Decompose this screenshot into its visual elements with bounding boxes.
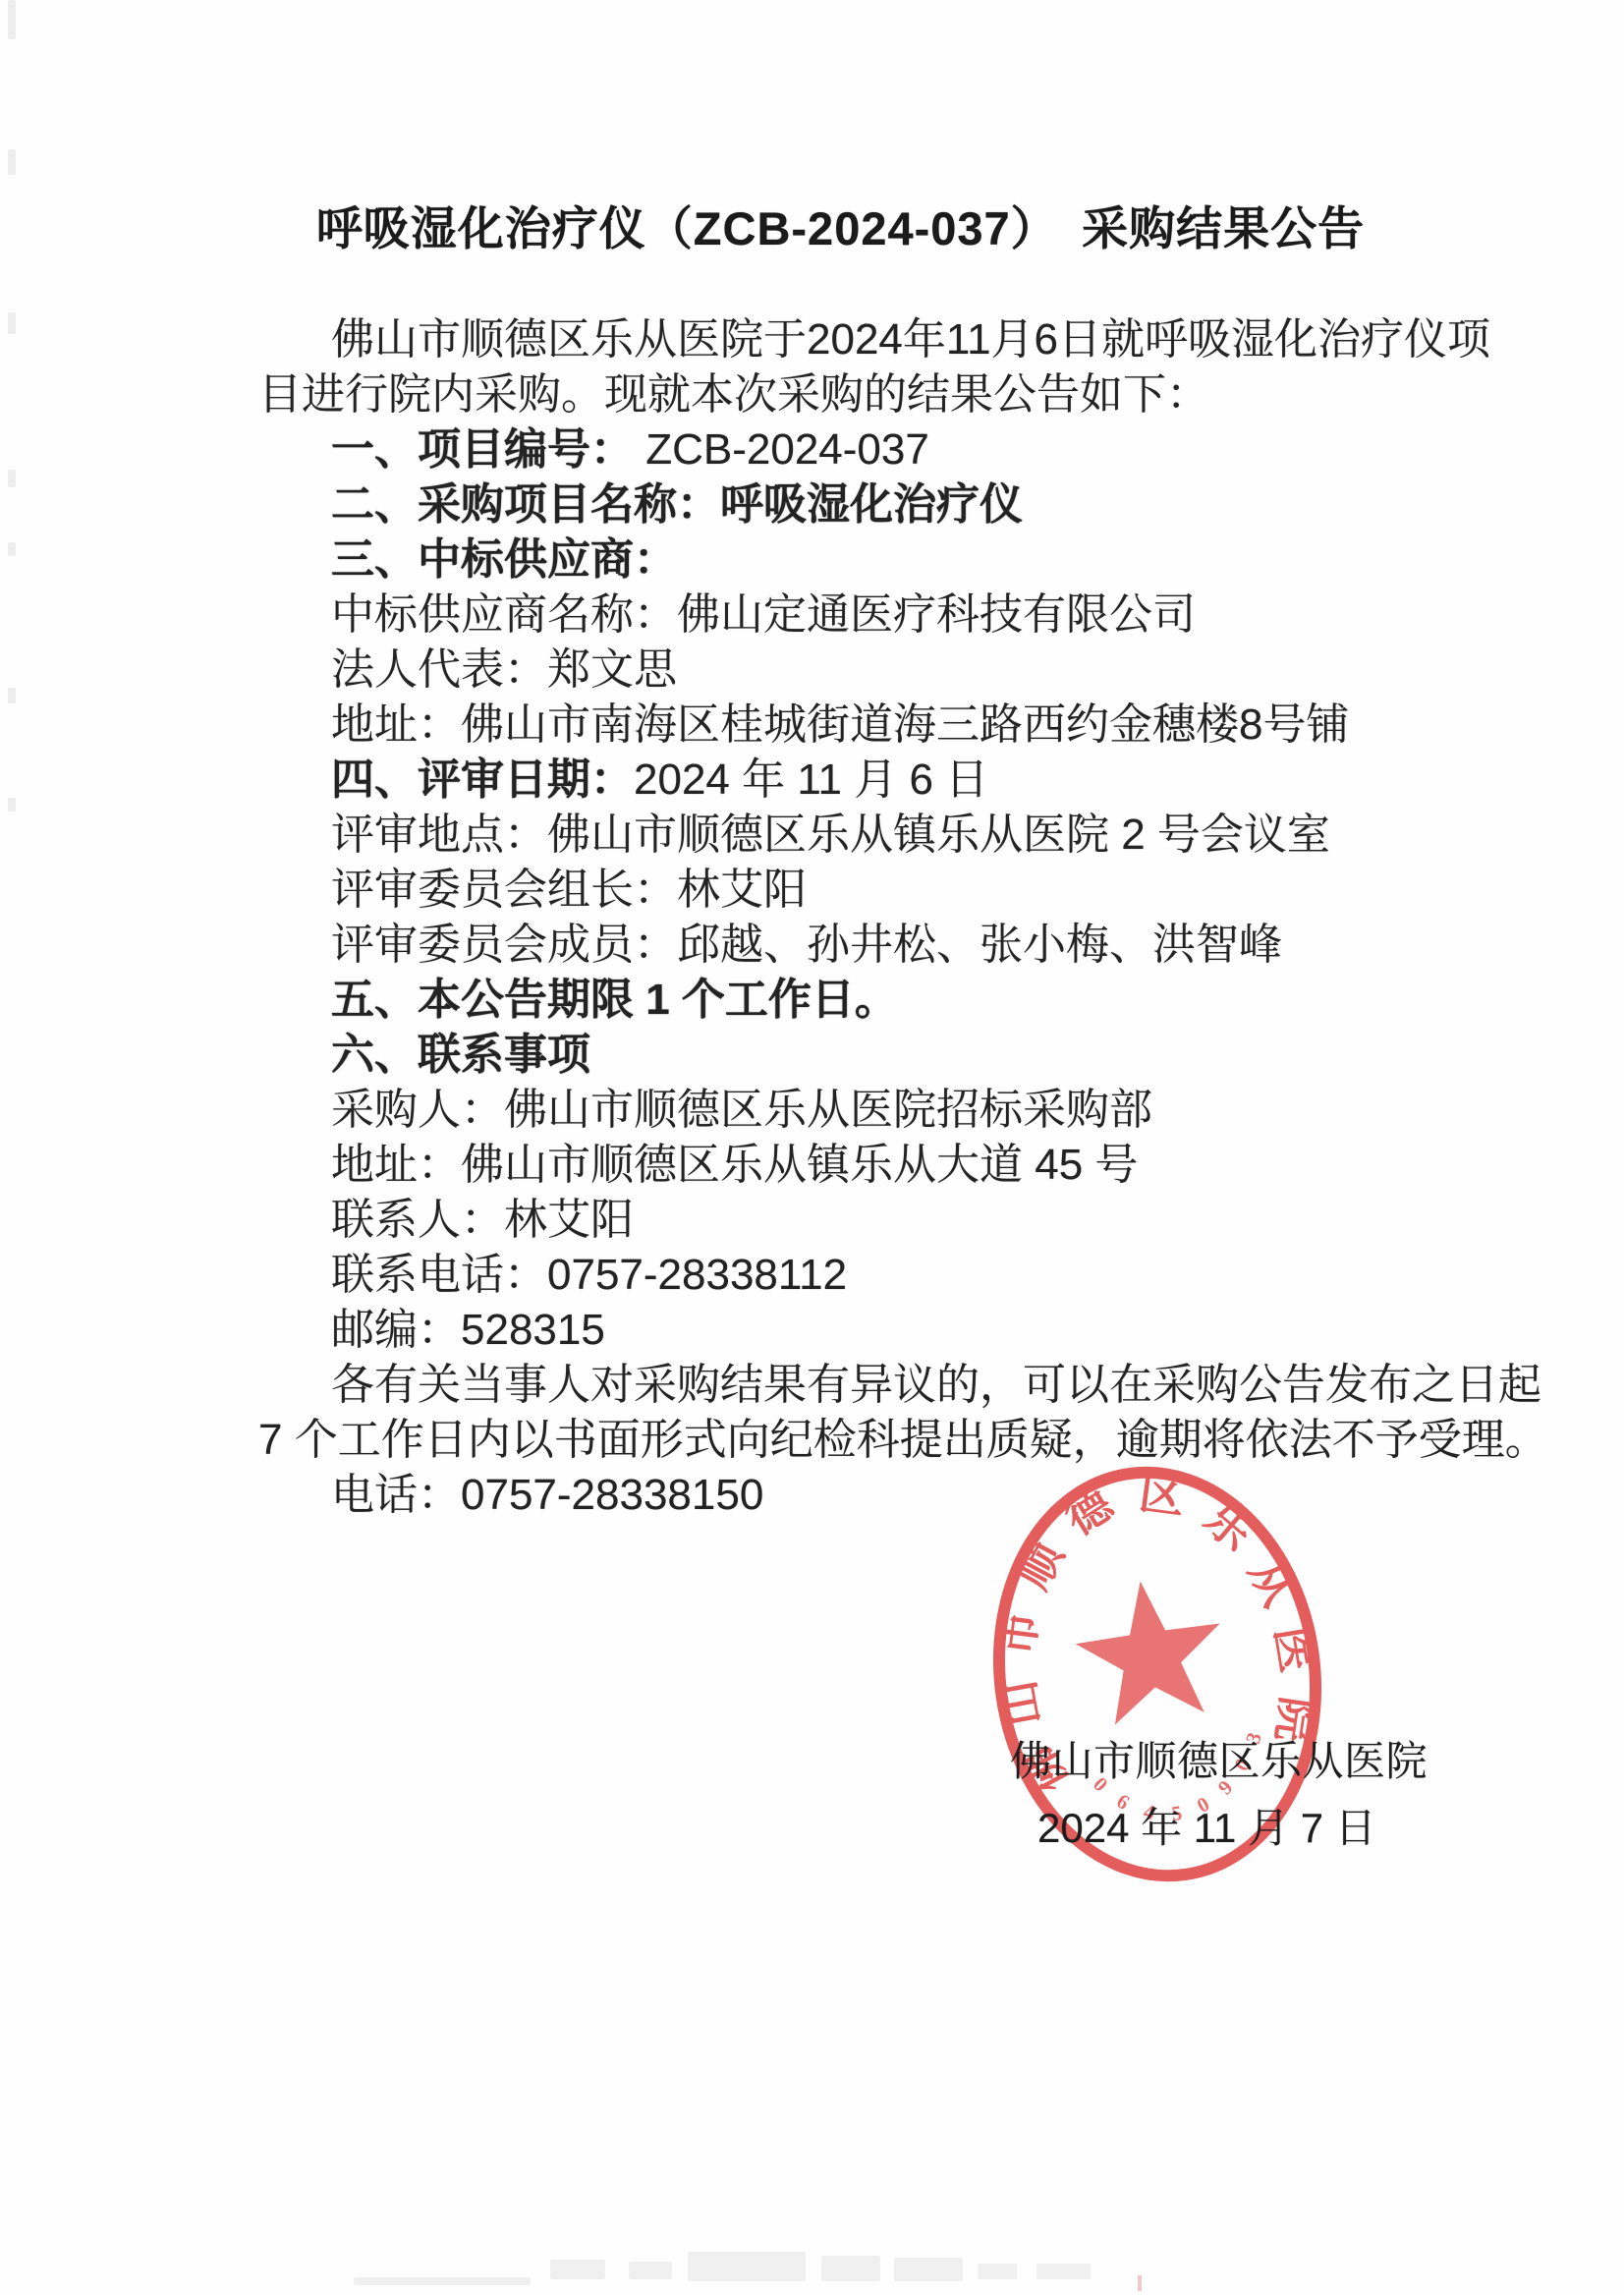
document-line: 评审委员会成员：邱越、孙井松、张小梅、洪智峰: [258, 918, 1428, 973]
scan-artifact-left-edge: [8, 470, 16, 487]
scan-artifact-left-edge: [8, 0, 16, 39]
line-segment: 评审地点：佛山市顺德区乐从镇乐从医院 2 号会议室: [331, 811, 1330, 859]
document-line: 五、本公告期限 1 个工作日。: [258, 973, 1428, 1028]
line-segment: 2024 年 11 月 6 日: [634, 756, 988, 804]
document-line: 法人代表：郑文思: [258, 643, 1428, 698]
stamp-star-icon: [1068, 1571, 1232, 1728]
line-segment-bold: 六、联系事项: [331, 1031, 590, 1079]
document-line: 各有关当事人对采购结果有异议的，可以在采购公告发布之日起: [258, 1358, 1428, 1413]
line-segment: 电话：0757-28338150: [331, 1471, 763, 1519]
document-body: 佛山市顺德区乐从医院于2024年11月6日就呼吸湿化治疗仪项目进行院内采购。现就…: [258, 312, 1428, 1523]
line-segment: ZCB-2024-037: [634, 425, 929, 474]
signature-organization: 佛山市顺德区乐从医院: [1010, 1729, 1428, 1788]
scan-artifact-left-edge: [8, 798, 16, 812]
line-segment: 中标供应商名称：佛山定通医疗科技有限公司: [331, 590, 1196, 639]
document-line: 目进行院内采购。现就本次采购的结果公告如下：: [258, 367, 1428, 422]
line-segment-bold: 四、评审日期：: [331, 756, 634, 804]
line-segment-bold: 二、采购项目名称：呼吸湿化治疗仪: [331, 480, 1023, 529]
line-segment: 邮编：528315: [331, 1306, 605, 1354]
line-segment-bold: 一、项目编号：: [331, 425, 634, 474]
line-segment: 地址：佛山市顺德区乐从镇乐从大道 45 号: [331, 1141, 1138, 1189]
scan-artifact-left-edge: [8, 542, 16, 556]
line-segment: 佛山市顺德区乐从医院于2024年11月6日就呼吸湿化治疗仪项: [331, 315, 1490, 364]
document-line: 地址：佛山市南海区桂城街道海三路西约金穗楼8号铺: [258, 698, 1428, 753]
document-line: 中标供应商名称：佛山定通医疗科技有限公司: [258, 588, 1428, 643]
scan-artifact-left-edge: [8, 149, 16, 175]
document-line: 二、采购项目名称：呼吸湿化治疗仪: [258, 477, 1428, 532]
document-line: 四、评审日期：2024 年 11 月 6 日: [258, 753, 1428, 808]
document-line: 一、项目编号： ZCB-2024-037: [258, 422, 1428, 477]
line-segment: 联系电话：0757-28338112: [331, 1251, 847, 1299]
scan-artifact-left-edge: [8, 312, 16, 334]
line-segment: 评审委员会组长：林艾阳: [331, 866, 807, 914]
document-page: 呼吸湿化治疗仪（ZCB-2024-037） 采购结果公告 佛山市顺德区乐从医院于…: [0, 0, 1624, 2295]
line-segment-bold: 三、中标供应商：: [331, 535, 677, 584]
line-segment: 联系人：林艾阳: [331, 1196, 634, 1244]
line-segment: 采购人：佛山市顺德区乐从医院招标采购部: [331, 1086, 1152, 1134]
signature-date: 2024 年 11 月 7 日: [1037, 1796, 1376, 1855]
scan-artifact-pink-tick: [1138, 2275, 1142, 2291]
document-line: 采购人：佛山市顺德区乐从医院招标采购部: [258, 1083, 1428, 1138]
line-segment: 评审委员会成员：邱越、孙井松、张小梅、洪智峰: [331, 921, 1282, 969]
document-line: 联系人：林艾阳: [258, 1193, 1428, 1248]
line-segment: 地址：佛山市南海区桂城街道海三路西约金穗楼8号铺: [331, 700, 1349, 749]
document-line: 评审委员会组长：林艾阳: [258, 863, 1428, 918]
line-segment-bold: 五、本公告期限 1 个工作日。: [331, 976, 898, 1024]
document-line: 地址：佛山市顺德区乐从镇乐从大道 45 号: [258, 1138, 1428, 1193]
document-line: 三、中标供应商：: [258, 532, 1428, 588]
document-line: 联系电话：0757-28338112: [258, 1248, 1428, 1303]
document-line: 佛山市顺德区乐从医院于2024年11月6日就呼吸湿化治疗仪项: [258, 312, 1428, 367]
document-line: 六、联系事项: [258, 1028, 1428, 1083]
document-line: 邮编：528315: [258, 1303, 1428, 1358]
document-title: 呼吸湿化治疗仪（ZCB-2024-037） 采购结果公告: [0, 193, 1624, 258]
line-segment: 目进行院内采购。现就本次采购的结果公告如下：: [258, 370, 1209, 419]
line-segment: 法人代表：郑文思: [331, 645, 677, 694]
line-segment: 7 个工作日内以书面形式向纪检科提出质疑，逾期将依法不予受理。: [258, 1416, 1548, 1464]
line-segment: 各有关当事人对采购结果有异议的，可以在采购公告发布之日起: [331, 1361, 1541, 1409]
scan-artifact-bottom-strip: [0, 2248, 1624, 2295]
scan-artifact-left-edge: [8, 688, 16, 703]
document-line: 评审地点：佛山市顺德区乐从镇乐从医院 2 号会议室: [258, 808, 1428, 863]
